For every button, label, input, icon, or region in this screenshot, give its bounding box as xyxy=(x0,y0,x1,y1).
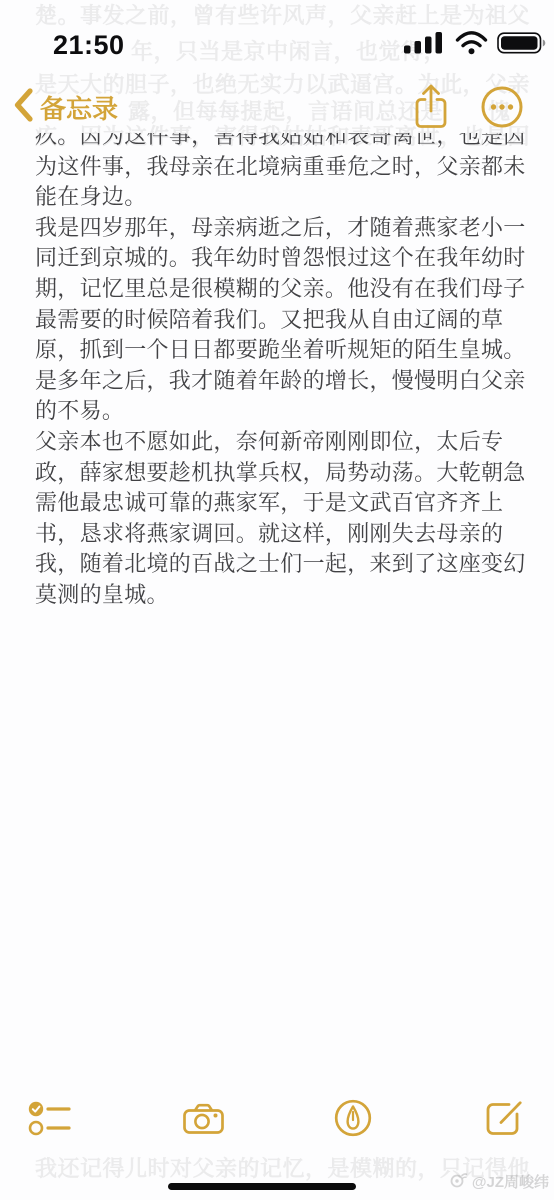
more-ellipsis-icon xyxy=(480,117,524,132)
battery-full-icon xyxy=(497,31,546,60)
status-time: 21:50 xyxy=(53,30,125,61)
status-icons xyxy=(404,31,546,60)
note-text-line: 书，恳求将燕家调回。就这样，刚刚失去母亲的 xyxy=(35,519,527,550)
share-icon xyxy=(412,119,450,134)
compose-icon xyxy=(483,1127,524,1142)
weibo-camera-icon xyxy=(449,1170,469,1192)
note-text-line: 父亲本也不愿如此，奈何新帝刚刚即位，太后专 xyxy=(35,427,527,458)
note-text-line: 能在身边。 xyxy=(35,182,527,213)
note-text-line: 最需要的时候陪着我们。又把我从自由辽阔的草 xyxy=(35,305,527,336)
back-chevron-icon xyxy=(12,88,34,127)
camera-button[interactable] xyxy=(183,1103,224,1134)
cellular-signal-icon xyxy=(404,32,446,59)
wifi-icon xyxy=(455,31,488,60)
note-text-line: 原，抓到一个日日都要跪坐着听规矩的陌生皇城。 xyxy=(35,335,527,366)
note-text-line: 疚。因为这件事，害得我姑姑和表哥离世，也是因 xyxy=(35,133,527,152)
note-text-line: 我，随着北境的百战之士们一起，来到了这座变幻 xyxy=(35,549,527,580)
note-text-line: 为这件事，我母亲在北境病重垂危之时，父亲都未 xyxy=(35,152,527,183)
note-text-line: 同迁到京城的。我年幼时曾怨恨过这个在我年幼时 xyxy=(35,243,527,274)
note-text-line: 政，薛家想要趁机执掌兵权，局势动荡。大乾朝急 xyxy=(35,458,527,489)
note-editor[interactable]: 疚。因为这件事，害得我姑姑和表哥离世，也是因 为这件事，我母亲在北境病重垂危之时… xyxy=(35,133,527,633)
share-button[interactable] xyxy=(412,83,450,131)
camera-icon xyxy=(183,1122,224,1137)
back-button[interactable]: 备忘录 xyxy=(12,88,118,127)
checklist-button[interactable] xyxy=(28,1100,72,1137)
back-label: 备忘录 xyxy=(40,89,118,126)
note-text-line: 的不易。 xyxy=(35,396,527,427)
nav-bar: 备忘录 xyxy=(0,82,554,132)
markup-button[interactable] xyxy=(334,1099,372,1137)
checklist-icon xyxy=(28,1125,72,1140)
home-indicator[interactable] xyxy=(168,1183,356,1190)
more-button[interactable] xyxy=(480,85,524,129)
note-text-line: 莫测的皇城。 xyxy=(35,580,527,611)
compose-button[interactable] xyxy=(483,1098,524,1139)
note-text-line: 期，记忆里总是很模糊的父亲。他没有在我们母子 xyxy=(35,274,527,305)
watermark-text: @JZ周峻纬 xyxy=(472,1171,549,1192)
status-bar: 21:50 xyxy=(0,26,554,64)
watermark: @JZ周峻纬 xyxy=(449,1170,549,1192)
note-text-line: 是多年之后，我才随着年龄的增长，慢慢明白父亲 xyxy=(35,366,527,397)
markup-pen-icon xyxy=(334,1125,372,1140)
note-text-line: 我是四岁那年，母亲病逝之后，才随着燕家老小一 xyxy=(35,213,527,244)
bottom-toolbar xyxy=(0,1096,554,1140)
note-text-line: 需他最忠诚可靠的燕家军，于是文武百官齐齐上 xyxy=(35,488,527,519)
